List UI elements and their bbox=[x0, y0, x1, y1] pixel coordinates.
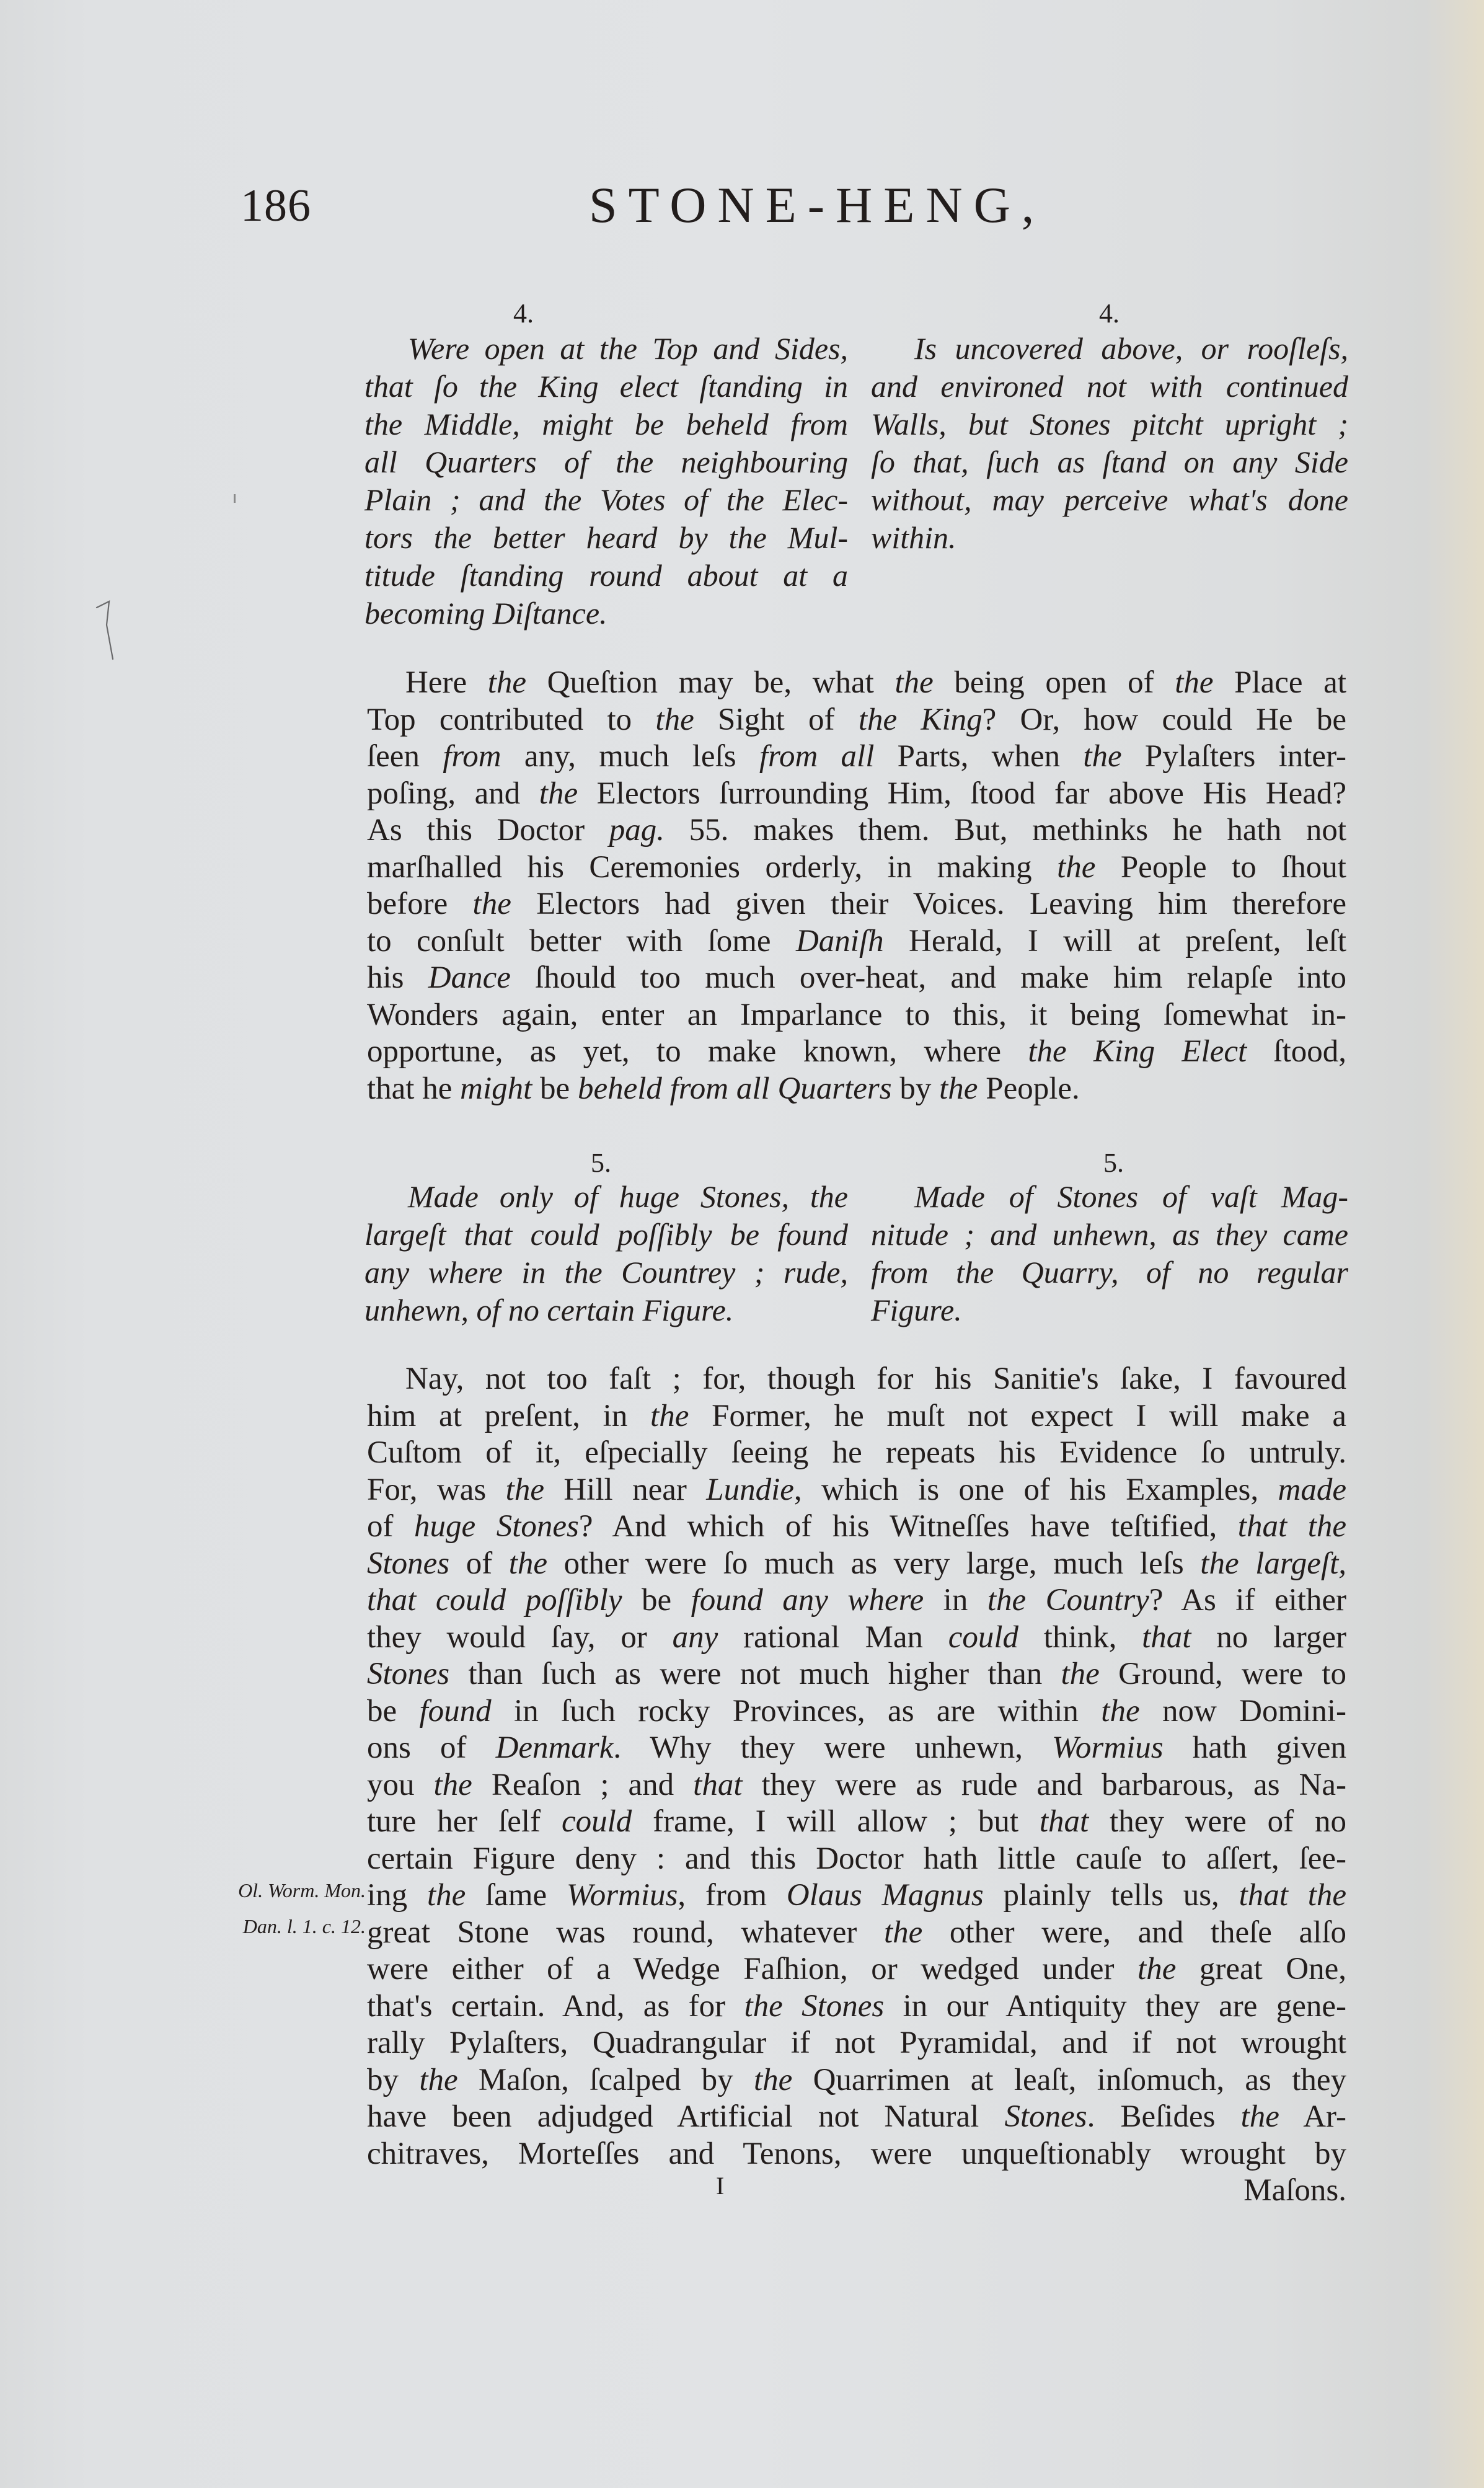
text-line: were either of a Wedge Faſhion, or wedge… bbox=[367, 1951, 1346, 1988]
column-line: any where in the Countrey ; rude, bbox=[364, 1254, 848, 1291]
text-line: certain Figure deny : and this Doctor ha… bbox=[367, 1841, 1346, 1878]
column-line: Figure. bbox=[871, 1291, 1348, 1329]
column-line: Were open at the Top and Sides, bbox=[364, 330, 848, 368]
column-line: becoming Diſtance. bbox=[364, 595, 848, 632]
text-line: Nay, not too faſt ; for, though for his … bbox=[367, 1361, 1346, 1398]
column-line: largeſt that could poſſibly be found bbox=[364, 1216, 848, 1254]
paragraph-question: Here the Queſtion may be, what the being… bbox=[367, 665, 1346, 1107]
text-line: opportune, as yet, to make known, where … bbox=[367, 1034, 1346, 1071]
text-line: that he might be beheld from all Quarter… bbox=[367, 1071, 1346, 1108]
column-line: Made of Stones of vaſt Mag- bbox=[871, 1178, 1348, 1216]
column-line: that ſo the King elect ſtanding in bbox=[364, 368, 848, 405]
page-number: 186 bbox=[241, 180, 311, 232]
signature-mark: I bbox=[716, 2171, 724, 2200]
text-line: that could poſſibly be found any where i… bbox=[367, 1582, 1346, 1619]
column-line: all Quarters of the neighbouring bbox=[364, 443, 848, 481]
column-line: tors the better heard by the Mul- bbox=[364, 519, 848, 557]
column-line: Is uncovered above, or rooſleſs, bbox=[871, 330, 1348, 368]
text-line: they would ſay, or any rational Man coul… bbox=[367, 1619, 1346, 1657]
text-line: him at preſent, in the Former, he muſt n… bbox=[367, 1398, 1346, 1435]
section5-right-number: 5. bbox=[1103, 1147, 1124, 1179]
column-line: the Middle, might be beheld from bbox=[364, 405, 848, 443]
column-line: within. bbox=[871, 519, 1348, 557]
text-line: his Dance ſhould too much over-heat, and… bbox=[367, 960, 1346, 997]
marginal-note: Ol. Worm. Mon. Dan. l. 1. c. 12. bbox=[217, 1872, 366, 1944]
text-line: ing the ſame Wormius, from Olaus Magnus … bbox=[367, 1877, 1346, 1915]
text-line: ons of Denmark. Why they were unhewn, Wo… bbox=[367, 1730, 1346, 1767]
section4-left-number: 4. bbox=[513, 298, 534, 329]
text-line: poſing, and the Electors ſurrounding Him… bbox=[367, 776, 1346, 813]
text-line: have been adjudged Artificial not Natura… bbox=[367, 2099, 1346, 2136]
margin-speck bbox=[234, 494, 236, 503]
text-line: you the Reaſon ; and that they were as r… bbox=[367, 1767, 1346, 1804]
text-line: by the Maſon, ſcalped by the Quarrimen a… bbox=[367, 2062, 1346, 2099]
column-line: without, may perceive what's done bbox=[871, 481, 1348, 519]
text-line: As this Doctor pag. 55. makes them. But,… bbox=[367, 812, 1346, 849]
text-line: be found in ſuch rocky Provinces, as are… bbox=[367, 1693, 1346, 1730]
section4-right-number: 4. bbox=[1099, 298, 1120, 329]
text-line: Here the Queſtion may be, what the being… bbox=[367, 665, 1346, 702]
column-line: Made only of huge Stones, the bbox=[364, 1178, 848, 1216]
text-line: rally Pylaſters, Quadrangular if not Pyr… bbox=[367, 2025, 1346, 2062]
section5-left-number: 5. bbox=[591, 1147, 611, 1179]
column-line: titude ſtanding round about at a bbox=[364, 557, 848, 595]
text-line: of huge Stones? And which of his Witneſſ… bbox=[367, 1508, 1346, 1546]
text-line: great Stone was round, whatever the othe… bbox=[367, 1915, 1346, 1952]
section5-left-column: Made only of huge Stones, the largeſt th… bbox=[364, 1178, 848, 1329]
text-line: before the Electors had given their Voic… bbox=[367, 886, 1346, 923]
column-line: nitude ; and unhewn, as they came bbox=[871, 1216, 1348, 1254]
catchword: Maſons. bbox=[367, 2172, 1346, 2210]
section4-right-column: Is uncovered above, or rooſleſs, and env… bbox=[871, 330, 1348, 557]
text-line: Stones of the other were ſo much as very… bbox=[367, 1546, 1346, 1583]
text-line: to conſult better with ſome Daniſh Heral… bbox=[367, 923, 1346, 960]
marginal-note-line2: Dan. l. 1. c. 12. bbox=[217, 1908, 366, 1944]
running-head: STONE-HENG, bbox=[589, 176, 1045, 234]
column-line: ſo that, ſuch as ſtand on any Side bbox=[871, 443, 1348, 481]
section5-right-column: Made of Stones of vaſt Mag- nitude ; and… bbox=[871, 1178, 1348, 1329]
column-line: and environed not with continued bbox=[871, 368, 1348, 405]
text-line: Wonders again, enter an Imparlance to th… bbox=[367, 997, 1346, 1034]
text-line: Stones than ſuch as were not much higher… bbox=[367, 1656, 1346, 1693]
marginal-note-line1: Ol. Worm. Mon. bbox=[217, 1872, 366, 1908]
text-line: ture her ſelf could frame, I will allow … bbox=[367, 1804, 1346, 1841]
column-line: Walls, but Stones pitcht upright ; bbox=[871, 405, 1348, 443]
text-line: Cuſtom of it, eſpecially ſeeing he repea… bbox=[367, 1435, 1346, 1472]
text-line: that's certain. And, as for the Stones i… bbox=[367, 1988, 1346, 2025]
section4-left-column: Were open at the Top and Sides, that ſo … bbox=[364, 330, 848, 632]
text-line: ſeen from any, much leſs from all Parts,… bbox=[367, 738, 1346, 776]
paragraph-reply: Nay, not too faſt ; for, though for his … bbox=[367, 1361, 1346, 2210]
column-line: Plain ; and the Votes of the Elec- bbox=[364, 481, 848, 519]
text-line: Top contributed to the Sight of the King… bbox=[367, 702, 1346, 739]
column-line: from the Quarry, of no regular bbox=[871, 1254, 1348, 1291]
text-line: chitraves, Morteſſes and Tenons, were un… bbox=[367, 2136, 1346, 2173]
pencil-mark-icon bbox=[95, 600, 114, 662]
text-line: For, was the Hill near Lundie, which is … bbox=[367, 1472, 1346, 1509]
text-line: marſhalled his Ceremonies orderly, in ma… bbox=[367, 849, 1346, 887]
column-line: unhewn, of no certain Figure. bbox=[364, 1291, 848, 1329]
